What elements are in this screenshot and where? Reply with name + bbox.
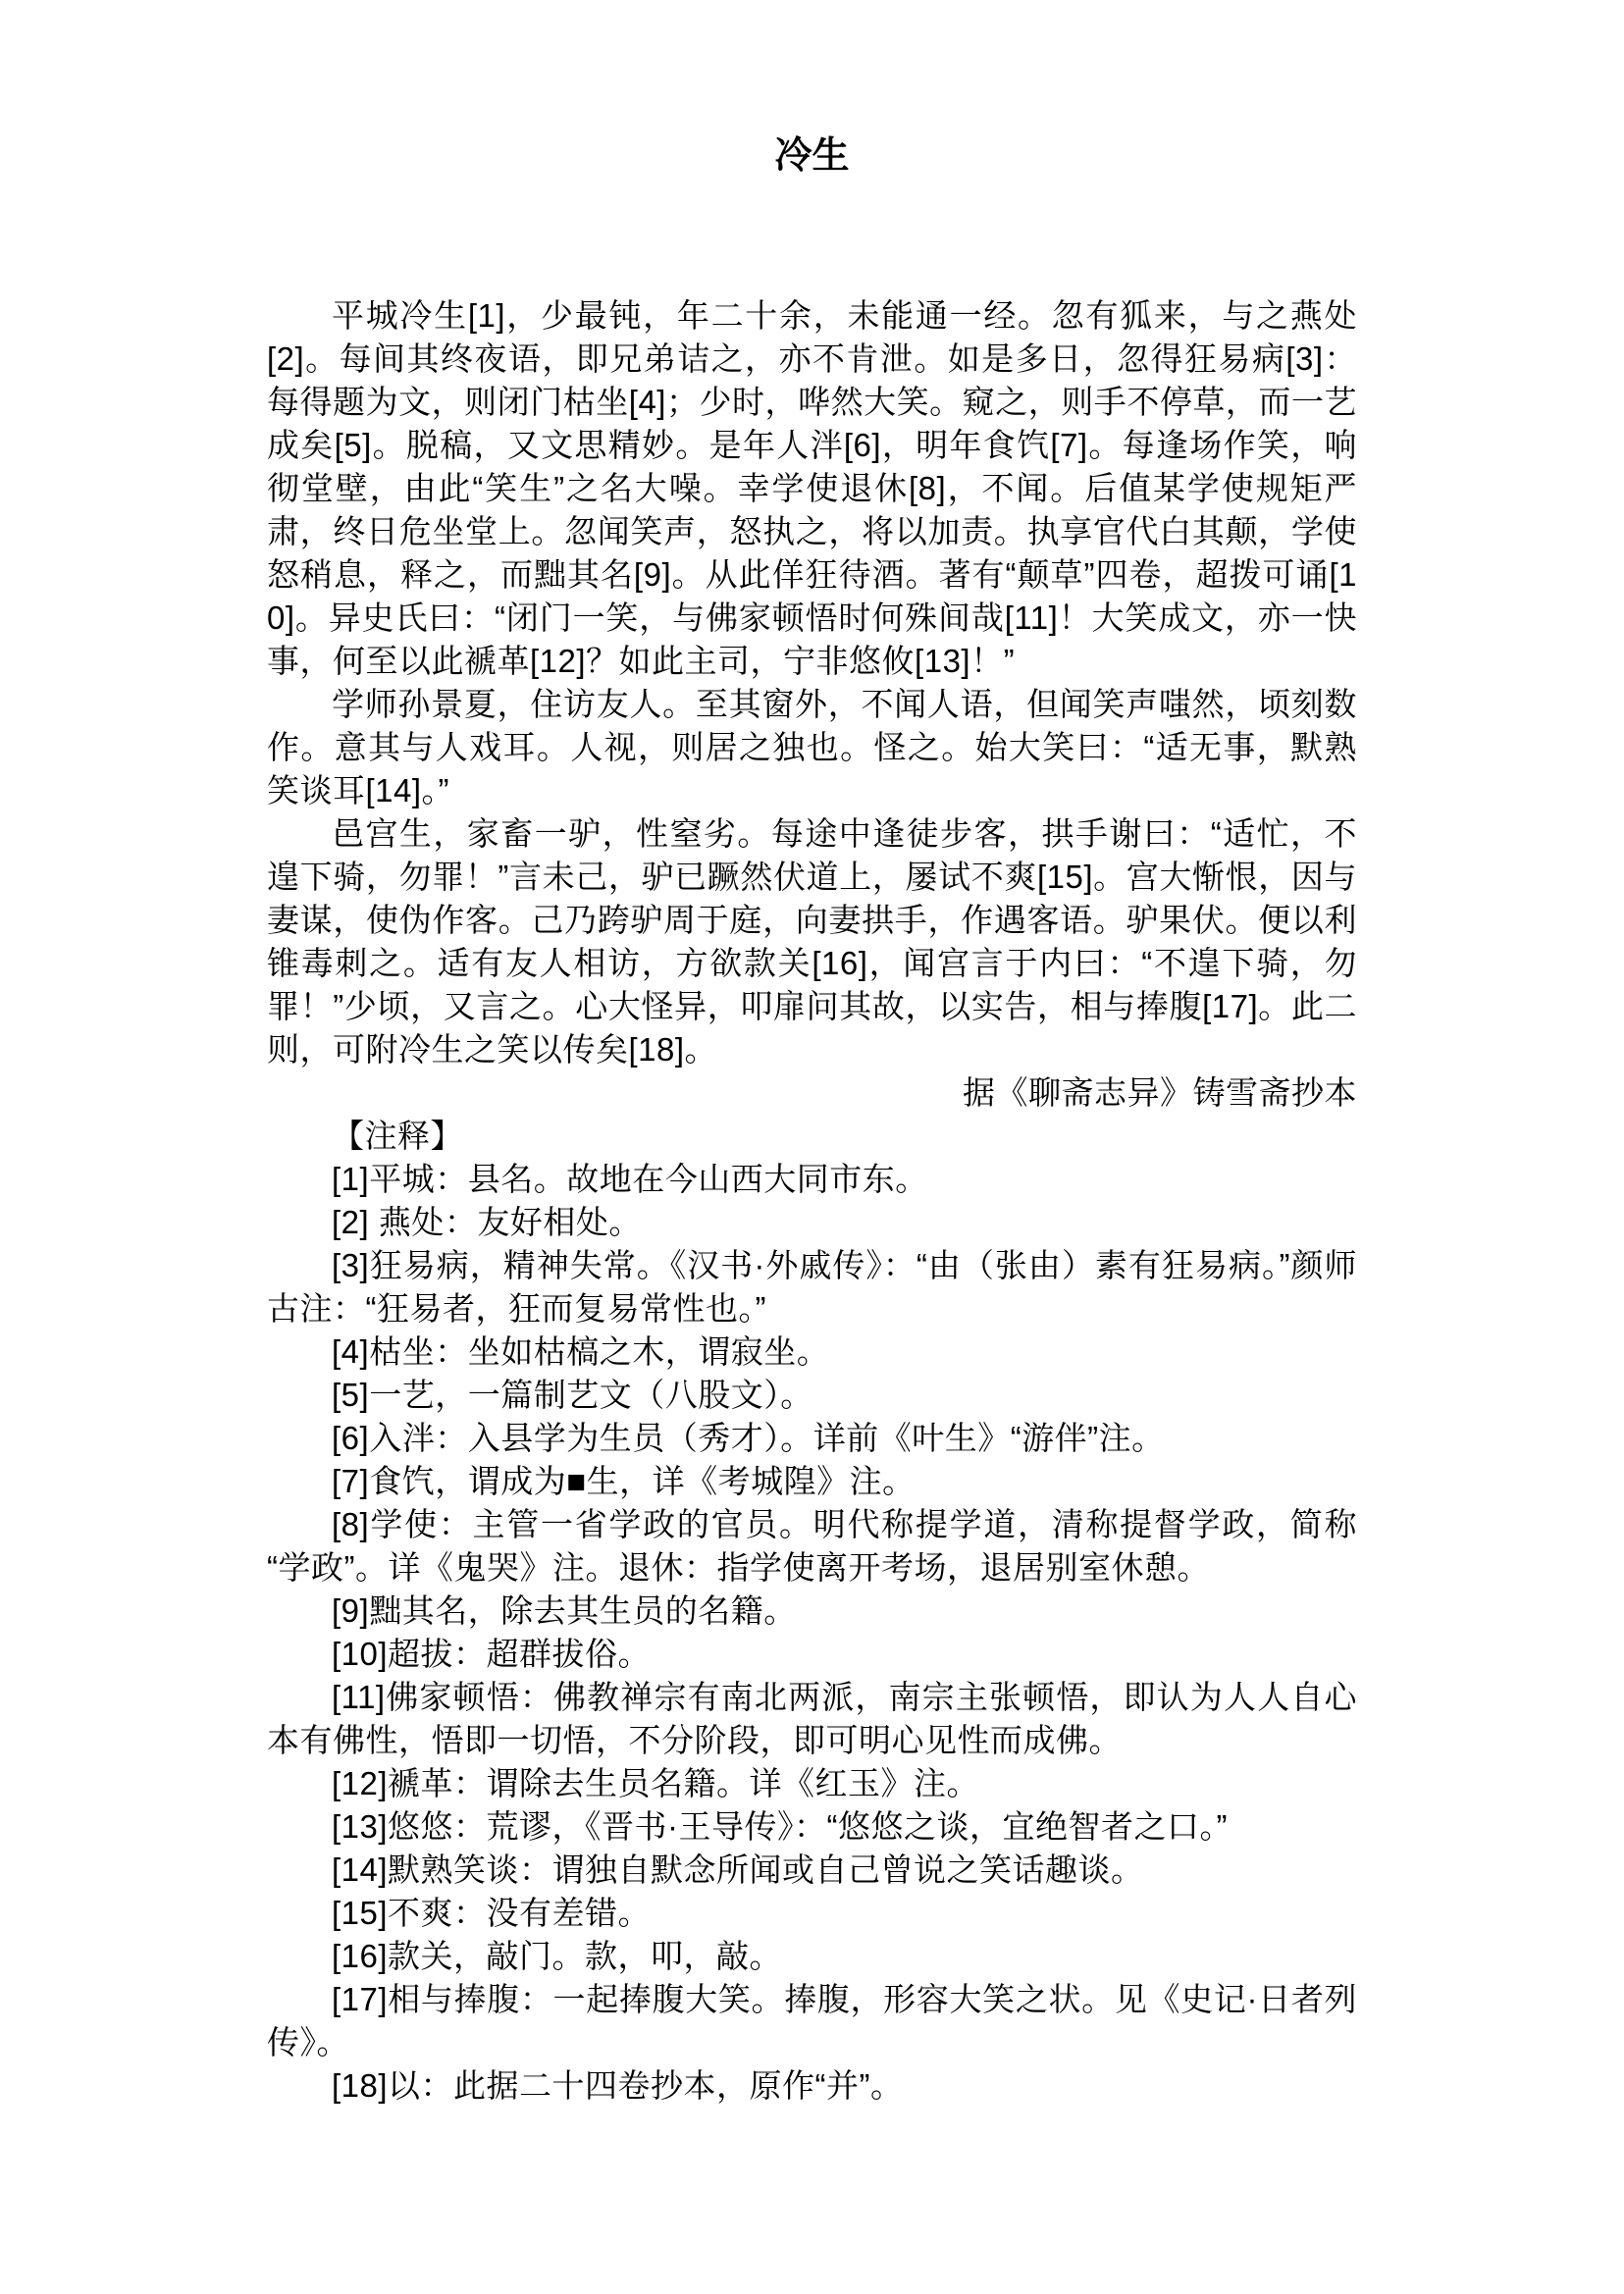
annotation-item: [15]不爽：没有差错。 [267, 1892, 1357, 1935]
annotation-item: [11]佛家顿悟：佛教禅宗有南北两派，南宗主张顿悟，即认为人人自心本有佛性，悟即… [267, 1676, 1357, 1762]
story-body: 平城冷生[1]，少最钝，年二十余，未能通一经。忽有狐来，与之燕处[2]。每间其终… [267, 294, 1357, 1115]
text-column: 冷生 平城冷生[1]，少最钝，年二十余，未能通一经。忽有狐来，与之燕处[2]。每… [267, 0, 1357, 2108]
annotation-item: [17]相与捧腹：一起捧腹大笑。捧腹，形容大笑之状。见《史记·日者列传》。 [267, 1978, 1357, 2064]
annotation-item: [13]悠悠：荒谬，《晋书·王导传》：“悠悠之谈，宜绝智者之口。” [267, 1805, 1357, 1849]
annotation-item: [1]平城：县名。故地在今山西大同市东。 [267, 1158, 1357, 1201]
annotation-item: [6]入泮：入县学为生员（秀才）。详前《叶生》“游伴”注。 [267, 1417, 1357, 1460]
annotation-item: [18]以：此据二十四卷抄本，原作“并”。 [267, 2064, 1357, 2108]
document-title: 冷生 [267, 0, 1357, 181]
source-attribution: 据《聊斋志异》铸雪斋抄本 [267, 1071, 1357, 1115]
annotation-item: [16]款关，敲门。款，叩，敲。 [267, 1935, 1357, 1978]
story-paragraph: 邑宫生，家畜一驴，性窒劣。每途中逢徒步客，拱手谢曰：“适忙，不遑下骑，勿罪！”言… [267, 812, 1357, 1071]
annotation-item: [2] 燕处：友好相处。 [267, 1201, 1357, 1244]
annotation-item: [9]黜其名，除去其生员的名籍。 [267, 1590, 1357, 1633]
annotation-item: [5]一艺，一篇制艺文（八股文）。 [267, 1374, 1357, 1417]
annotation-item: [3]狂易病，精神失常。《汉书·外戚传》：“由（张由）素有狂易病。”颜师古注：“… [267, 1244, 1357, 1330]
story-paragraph: 学师孙景夏，住访友人。至其窗外，不闻人语，但闻笑声嗤然，顷刻数作。意其与人戏耳。… [267, 683, 1357, 812]
story-paragraph: 平城冷生[1]，少最钝，年二十余，未能通一经。忽有狐来，与之燕处[2]。每间其终… [267, 294, 1357, 683]
annotations-header: 【注释】 [267, 1115, 1357, 1158]
document-page: 冷生 平城冷生[1]，少最钝，年二十余，未能通一经。忽有狐来，与之燕处[2]。每… [0, 0, 1624, 2294]
annotation-item: [7]食饩，谓成为■生，详《考城隍》注。 [267, 1460, 1357, 1503]
annotation-item: [14]默熟笑谈：谓独自默念所闻或自己曾说之笑话趣谈。 [267, 1849, 1357, 1892]
annotation-item: [12]褫革：谓除去生员名籍。详《红玉》注。 [267, 1762, 1357, 1805]
annotation-item: [10]超拔：超群拔俗。 [267, 1633, 1357, 1676]
annotation-item: [8]学使：主管一省学政的官员。明代称提学道，清称提督学政，简称“学政”。详《鬼… [267, 1503, 1357, 1590]
annotations-section: 【注释】 [1]平城：县名。故地在今山西大同市东。 [2] 燕处：友好相处。 [… [267, 1115, 1357, 2108]
annotation-item: [4]枯坐：坐如枯槁之木，谓寂坐。 [267, 1330, 1357, 1374]
